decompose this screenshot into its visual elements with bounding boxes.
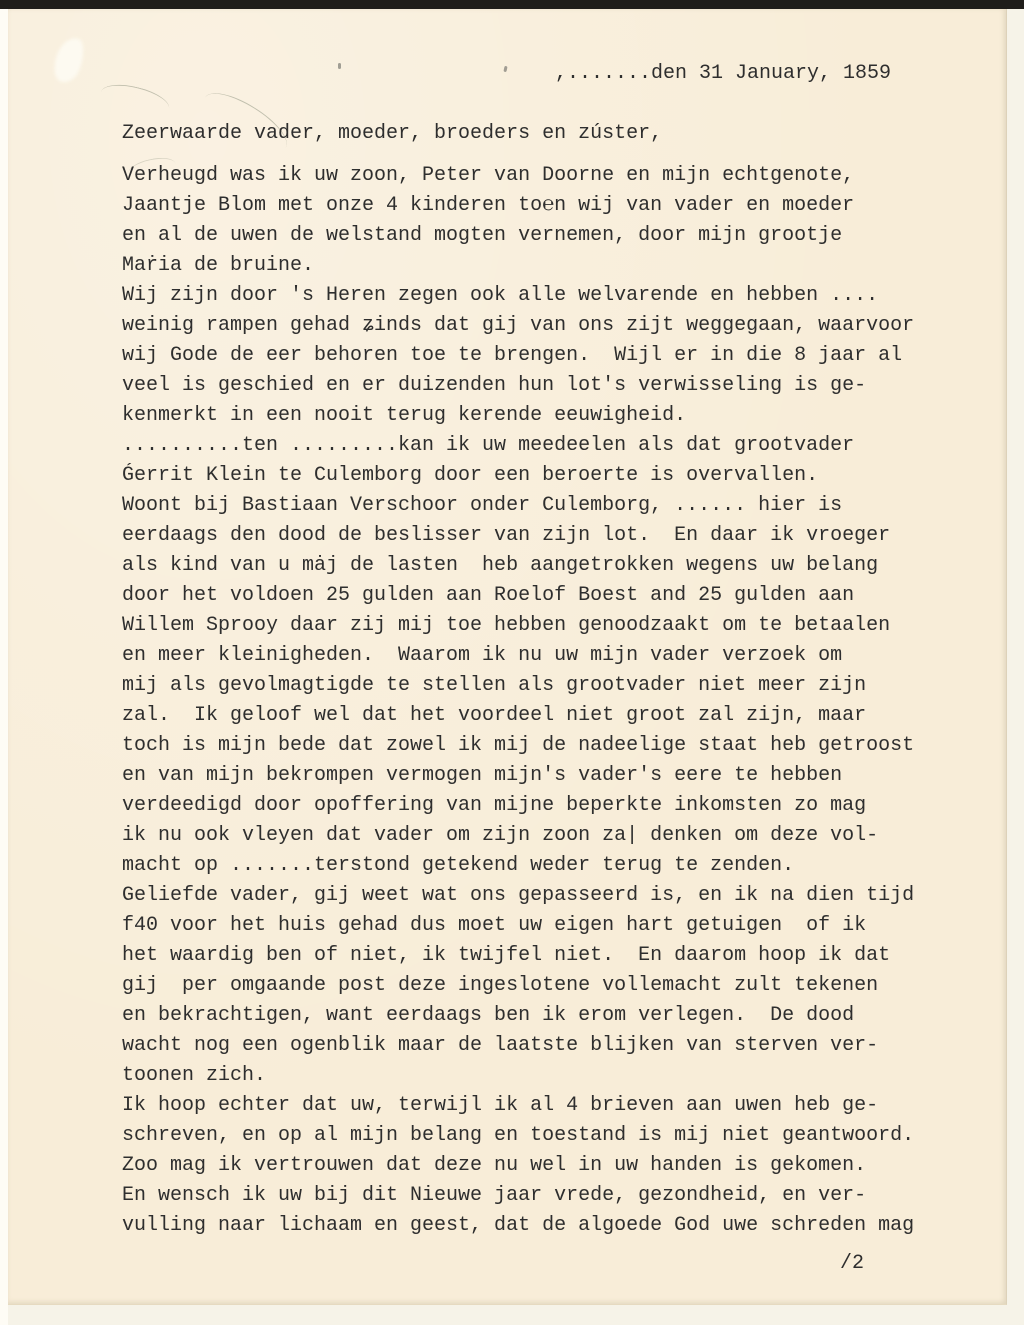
letter-line: ik nu ook vleyen dat vader om zijn zoon … bbox=[122, 821, 982, 851]
letter-line: weinig rampen gehad ʑinds dat gij van on… bbox=[122, 311, 982, 341]
letter-line: Wij zijn door 's Heren zegen ook alle we… bbox=[122, 281, 982, 311]
page-number: /2 bbox=[840, 1249, 864, 1279]
letter-line: macht op .......terstond getekend weder … bbox=[122, 851, 982, 881]
letter-line: eerdaags den dood de beslisser van zijn … bbox=[122, 521, 982, 551]
letter-line: zal. Ik geloof wel dat het voordeel niet… bbox=[122, 701, 982, 731]
letter-salutation: Zeerwaarde vader, moeder, broeders en zú… bbox=[122, 119, 662, 149]
letter-line: en al de uwen de welstand mogten verneme… bbox=[122, 221, 982, 251]
letter-line: f40 voor het huis gehad dus moet uw eige… bbox=[122, 911, 982, 941]
letter-line: gij per omgaande post deze ingeslotene v… bbox=[122, 971, 982, 1001]
letter-line: mij als gevolmagtigde te stellen als gro… bbox=[122, 671, 982, 701]
letter-line: ..........ten .........kan ik uw meedeel… bbox=[122, 431, 982, 461]
letter-line: wij Gode de eer behoren toe te brengen. … bbox=[122, 341, 982, 371]
letter-line: toonen zich. bbox=[122, 1061, 982, 1091]
scanned-letter-page: ,.......den 31 January, 1859 Zeerwaarde … bbox=[0, 0, 1024, 1325]
letter-line: toch is mijn bede dat zowel ik mij de na… bbox=[122, 731, 982, 761]
letter-line: en van mijn bekrompen vermogen mijn's va… bbox=[122, 761, 982, 791]
letter-line: als kind van u mȧj de lasten heb aangetr… bbox=[122, 551, 982, 581]
letter-line: Willem Sprooy daar zij mij toe hebben ge… bbox=[122, 611, 982, 641]
letter-line: en bekrachtigen, want eerdaags ben ik er… bbox=[122, 1001, 982, 1031]
letter-paper: ,.......den 31 January, 1859 Zeerwaarde … bbox=[8, 9, 1007, 1305]
pencil-scratch bbox=[98, 79, 172, 122]
letter-line: Woont bij Bastiaan Verschoor onder Culem… bbox=[122, 491, 982, 521]
letter-line: Ik hoop echter dat uw, terwijl ik al 4 b… bbox=[122, 1091, 982, 1121]
letter-line: kenmerkt in een nooit terug kerende eeuw… bbox=[122, 401, 982, 431]
letter-line: Ǵerrit Klein te Culemborg door een beroe… bbox=[122, 461, 982, 491]
letter-line: Verheugd was ik uw zoon, Peter van Doorn… bbox=[122, 161, 982, 191]
letter-line: en meer kleinigheden. Waarom ik nu uw mi… bbox=[122, 641, 982, 671]
letter-line: verdeedigd door opoffering van mijne bep… bbox=[122, 791, 982, 821]
letter-line: Zoo mag ik vertrouwen dat deze nu wel in… bbox=[122, 1151, 982, 1181]
ink-speck bbox=[503, 66, 507, 72]
letter-line: door het voldoen 25 gulden aan Roelof Bo… bbox=[122, 581, 982, 611]
letter-line: Jaantje Blom met onze 4 kinderen to℮n wi… bbox=[122, 191, 982, 221]
letter-line: vulling naar lichaam en geest, dat de al… bbox=[122, 1211, 982, 1241]
letter-body: Verheugd was ik uw zoon, Peter van Doorn… bbox=[122, 161, 982, 1241]
letter-line: En wensch ik uw bij dit Nieuwe jaar vred… bbox=[122, 1181, 982, 1211]
ink-speck bbox=[338, 63, 341, 69]
paper-stain bbox=[50, 34, 89, 86]
letter-line: wacht nog een ogenblik maar de laatste b… bbox=[122, 1031, 982, 1061]
letter-line: Maṙia de bruine. bbox=[122, 251, 982, 281]
letter-line: het waardig ben of niet, ik twijfel niet… bbox=[122, 941, 982, 971]
letter-line: schreven, en op al mijn belang en toesta… bbox=[122, 1121, 982, 1151]
letter-date: ,.......den 31 January, 1859 bbox=[555, 59, 891, 89]
letter-line: veel is geschied en er duizenden hun lot… bbox=[122, 371, 982, 401]
letter-line: Geliefde vader, gij weet wat ons gepasse… bbox=[122, 881, 982, 911]
scan-edge-bar bbox=[0, 0, 1024, 9]
